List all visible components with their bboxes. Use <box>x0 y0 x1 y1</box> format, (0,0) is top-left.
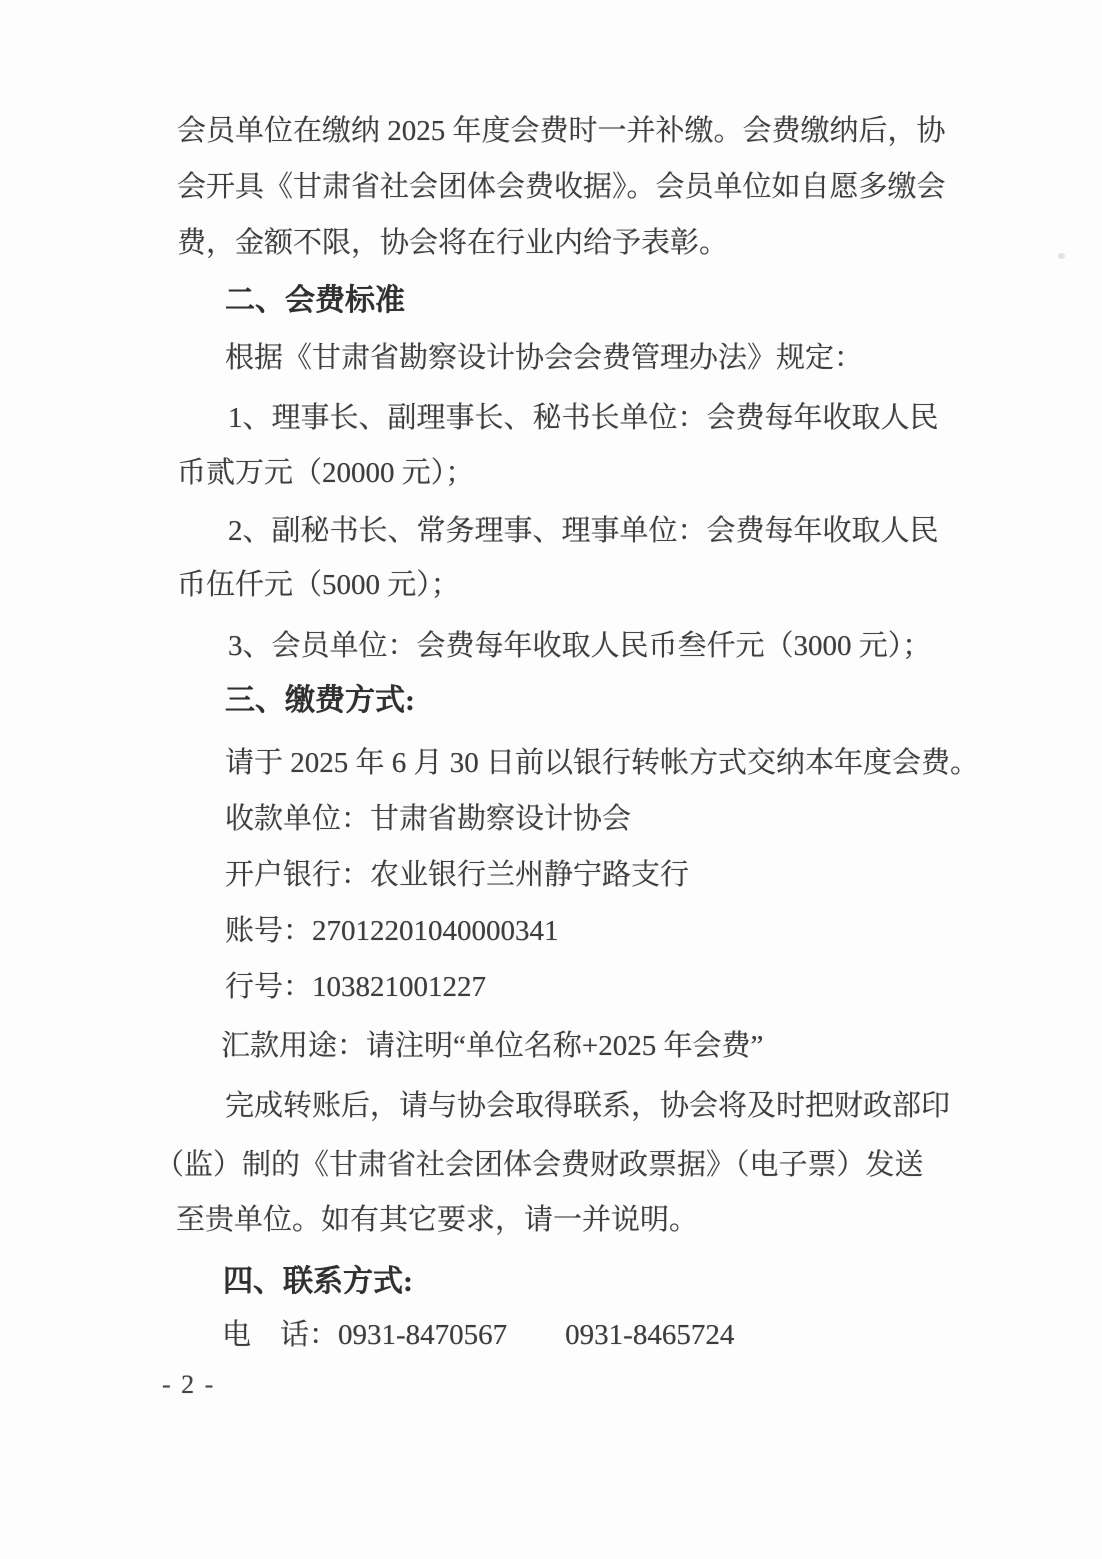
payment-note-line-1: 完成转账后，请与协会取得联系，协会将及时把财政部印 <box>225 1087 950 1125</box>
contact-heading: 四、联系方式: <box>223 1263 413 1301</box>
scan-speck-artifact <box>1058 253 1065 259</box>
fee-item1-line-2: 币贰万元（20000 元）； <box>177 454 474 492</box>
payment-bank-line: 开户银行：农业银行兰州静宁路支行 <box>225 856 689 894</box>
payment-payee-line: 收款单位：甘肃省勘察设计协会 <box>225 800 631 838</box>
intro-line-2: 会开具《甘肃省社会团体会费收据》。会员单位如自愿多缴会 <box>177 168 946 206</box>
fee-item1-line-1: 1、理事长、副理事长、秘书长单位：会费每年收取人民 <box>228 399 939 437</box>
intro-line-1: 会员单位在缴纳 2025 年度会费时一并补缴。会费缴纳后，协 <box>177 112 946 150</box>
payment-deadline-line: 请于 2025 年 6 月 30 日前以银行转帐方式交纳本年度会费。 <box>225 744 979 782</box>
intro-line-3: 费，金额不限，协会将在行业内给予表彰。 <box>177 224 728 262</box>
payment-remittance-purpose-line: 汇款用途：请注明“单位名称+2025 年会费” <box>221 1027 763 1065</box>
payment-bank-number-line: 行号：103821001227 <box>225 968 486 1006</box>
fee-standard-basis: 根据《甘肃省勘察设计协会会费管理办法》规定： <box>225 339 863 377</box>
contact-phone-line: 电 话：0931-8470567 0931-8465724 <box>222 1316 734 1354</box>
page-number-footer: - 2 - <box>162 1366 215 1404</box>
payment-note-line-3: 至贵单位。如有其它要求，请一并说明。 <box>176 1201 698 1239</box>
payment-note-line-2: （监）制的《甘肃省社会团体会费财政票据》（电子票）发送 <box>155 1146 924 1184</box>
fee-standard-heading: 二、会费标准 <box>225 282 405 320</box>
payment-account-number-line: 账号：27012201040000341 <box>225 912 559 950</box>
payment-heading: 三、缴费方式: <box>225 682 415 720</box>
document-page: 会员单位在缴纳 2025 年度会费时一并补缴。会费缴纳后，协 会开具《甘肃省社会… <box>0 0 1102 1559</box>
fee-item2-line-1: 2、副秘书长、常务理事、理事单位：会费每年收取人民 <box>228 512 939 550</box>
fee-item2-line-2: 币伍仟元（5000 元）； <box>177 566 460 604</box>
fee-item3-line: 3、会员单位：会费每年收取人民币叁仟元（3000 元）； <box>228 627 931 665</box>
